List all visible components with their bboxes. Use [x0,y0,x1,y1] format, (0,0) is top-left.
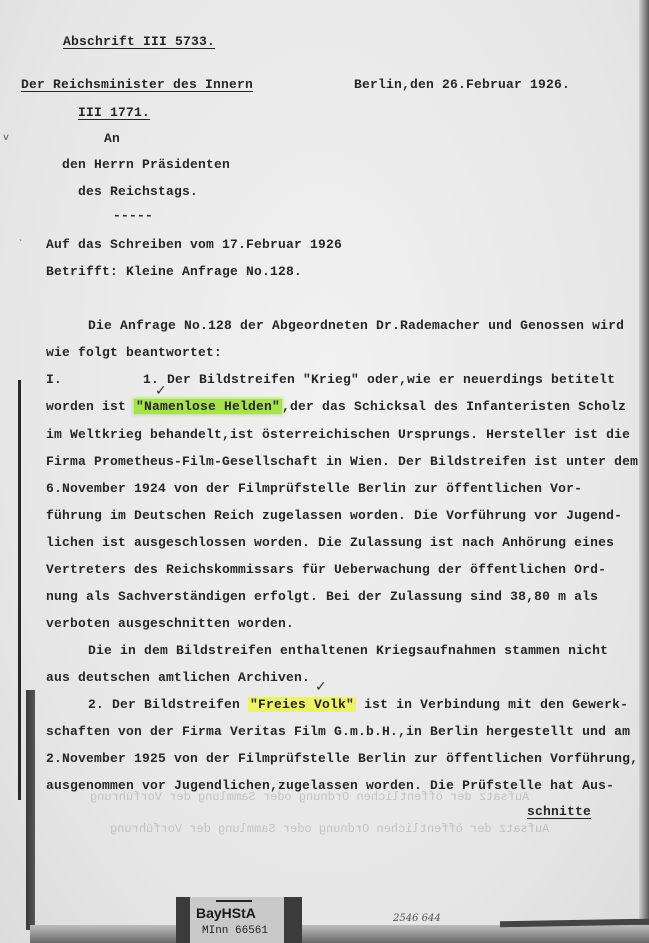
bleed-through-text: Aufsatz der öffentlichen Ordnung oder Sa… [90,790,529,804]
reference-letter: Auf das Schreiben vom 17.Februar 1926 [46,237,342,252]
subject-line: Betrifft: Kleine Anfrage No.128. [46,264,302,279]
archive-institution: BayHStA [196,905,256,921]
recipient-line-1: den Herrn Präsidenten [62,157,230,172]
highlight-namenlose-helden: "Namenlose Helden" [134,399,282,414]
page-edge-bottom [30,925,649,943]
page-edge-shadow [639,0,649,943]
item1-line-5: 6.November 1924 von der Filmprüfstelle B… [46,481,582,496]
place-date: Berlin,den 26.Februar 1926. [354,77,570,92]
document-page: Abschrift III 5733. Der Reichsminister d… [0,0,649,943]
item1-para2-line-1: Die in dem Bildstreifen enthaltenen Krie… [88,643,608,658]
section-number: I. [46,372,62,387]
item1-line-4: Firma Prometheus-Film-Gesellschaft in Wi… [46,454,638,469]
intro-line-2: wie folgt beantwortet: [46,345,222,360]
bleed-through-text: Aufsatz der öffentlichen Ordnung oder Sa… [110,822,549,836]
pencil-note: 2546 644 [393,913,441,924]
archive-signature: MInn 66561 [202,925,268,937]
item1-line-2-before: worden ist [46,399,134,414]
checkmark-icon: ✓ [315,679,327,695]
item1-line-3: im Weltkrieg behandelt,ist österreichisc… [46,427,630,442]
sender: Der Reichsminister des Innern [21,77,253,92]
item1-line-2-after: ,der das Schicksal des Infanteristen Sch… [282,399,626,414]
margin-line [18,380,21,800]
item1-line-1: Der Bildstreifen "Krieg" oder,wie er neu… [167,372,615,387]
highlight-freies-volk: "Freies Volk" [248,697,356,712]
item1-line-2: worden ist "Namenlose Helden",der das Sc… [46,399,626,414]
item2-line-2: schaften von der Firma Veritas Film G.m.… [46,724,630,739]
salutation-an: An [104,131,120,146]
recipient-line-2: des Reichstags. [78,184,198,199]
item1-line-7: lichen ist ausgeschlossen worden. Die Zu… [46,535,614,550]
stamp-bar [216,900,252,902]
item2-line-1-after: ist in Verbindung mit den Gewerk- [356,697,628,712]
item1-line-9: nung als Sachverständigen erfolgt. Bei d… [46,589,598,604]
item2-line-1-before: 2. Der Bildstreifen [88,697,248,712]
margin-mark: ⅴ [3,132,9,144]
item1-line-8: Vertreters des Reichskommissars für Uebe… [46,562,606,577]
checkmark-icon: ✓ [155,383,167,399]
item1-line-10: verboten ausgeschnitten worden. [46,616,294,631]
archive-stamp: BayHStA MInn 66561 [176,897,302,943]
separator: ----- [113,208,153,223]
item2-line-1: 2. Der Bildstreifen "Freies Volk" ist in… [88,697,628,712]
intro-line-1: Die Anfrage No.128 der Abgeordneten Dr.R… [88,318,624,333]
reference-number: III 1771. [78,105,150,120]
item1-line-6: führung im Deutschen Reich zugelassen wo… [46,508,622,523]
item1-para2-line-2: aus deutschen amtlichen Archiven. [46,670,310,685]
item2-line-3: 2.November 1925 von der Filmprüfstelle B… [46,751,638,766]
copy-header: Abschrift III 5733. [63,34,215,49]
catchword: schnitte [527,804,591,819]
margin-mark: ˋ [18,240,24,251]
page-edge-left [26,690,35,930]
